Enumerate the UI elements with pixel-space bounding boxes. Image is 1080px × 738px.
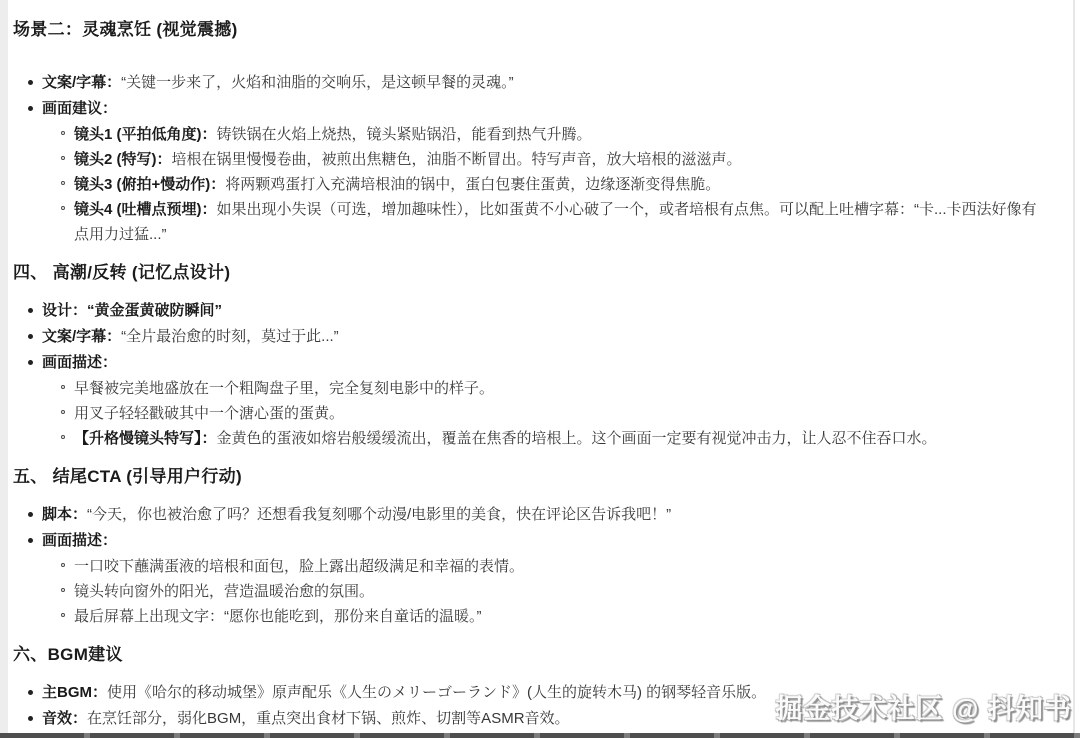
- sub-bullet-label: 镜头3 (俯拍+慢动作)：: [74, 176, 225, 193]
- bullet-body: 在烹饪部分，弱化BGM，重点突出食材下锅、煎炸、切割等ASMR音效。: [87, 710, 570, 727]
- sub-bullet-body: 培根在锅里慢慢卷曲，被煎出焦糖色，油脂不断冒出。特写声音，放大培根的滋滋声。: [172, 151, 742, 168]
- bullet-item: 文案/字幕：“全片最治愈的时刻，莫过于此...”: [0, 324, 1080, 350]
- disc-bullet-icon: [28, 360, 33, 365]
- section-cta: 五、 结尾CTA (引导用户行动) 脚本：“今天，你也被治愈了吗？还想看我复刻哪…: [0, 466, 1080, 629]
- sub-bullet-item: 镜头3 (俯拍+慢动作)：将两颗鸡蛋打入充满培根油的锅中，蛋白包裹住蛋黄，边缘逐…: [0, 172, 1080, 197]
- bullet-label: 文案/字幕：: [42, 328, 121, 345]
- sub-bullet-item: 镜头4 (吐槽点预埋)：如果出现小失误（可选，增加趣味性），比如蛋黄不小心破了一…: [0, 197, 1080, 247]
- sub-bullet-label: 镜头2 (特写)：: [74, 151, 172, 168]
- sub-bullet-text: 最后屏幕上出现文字：“愿你也能吃到，那份来自童话的温暖。”: [74, 604, 1042, 629]
- bullet-text: 设计：“黄金蛋黄破防瞬间”: [42, 298, 1042, 324]
- bullet-item: 画面描述：: [0, 528, 1080, 554]
- circle-bullet-icon: [61, 410, 65, 414]
- disc-bullet-icon: [28, 106, 33, 111]
- bullet-label: 音效：: [42, 710, 87, 727]
- sub-bullet-item: 【升格慢镜头特写】：金黄色的蛋液如熔岩般缓缓流出，覆盖在焦香的培根上。这个画面一…: [0, 426, 1080, 451]
- sub-bullet-body: 一口咬下蘸满蛋液的培根和面包，脸上露出超级满足和幸福的表情。: [74, 558, 524, 575]
- document-page: 场景二：灵魂烹饪 (视觉震撼) 文案/字幕：“关键一步来了，火焰和油脂的交响乐，…: [0, 0, 1080, 738]
- bullet-text: 画面描述：: [42, 350, 1042, 376]
- sub-bullet-text: 镜头2 (特写)：培根在锅里慢慢卷曲，被煎出焦糖色，油脂不断冒出。特写声音，放大…: [74, 147, 1042, 172]
- bullet-label: 主BGM：: [42, 684, 107, 701]
- circle-bullet-icon: [61, 156, 65, 160]
- circle-bullet-icon: [61, 206, 65, 210]
- sub-bullet-item: 最后屏幕上出现文字：“愿你也能吃到，那份来自童话的温暖。”: [0, 604, 1080, 629]
- sub-bullet-label: 镜头1 (平拍低角度)：: [74, 126, 217, 143]
- sub-bullet-text: 用叉子轻轻戳破其中一个溏心蛋的蛋黄。: [74, 401, 1042, 426]
- bullet-label: 画面建议：: [42, 100, 117, 117]
- bullet-label: 文案/字幕：: [42, 74, 121, 91]
- bullet-body: 使用《哈尔的移动城堡》原声配乐《人生のメリーゴーランド》(人生的旋转木马) 的钢…: [107, 684, 766, 701]
- circle-bullet-icon: [61, 588, 65, 592]
- document-content: 场景二：灵魂烹饪 (视觉震撼) 文案/字幕：“关键一步来了，火焰和油脂的交响乐，…: [0, 0, 1080, 732]
- bullet-body: “关键一步来了，火焰和油脂的交响乐，是这顿早餐的灵魂。”: [121, 74, 514, 91]
- sub-bullet-text: 镜头4 (吐槽点预埋)：如果出现小失误（可选，增加趣味性），比如蛋黄不小心破了一…: [74, 197, 1042, 247]
- sub-bullet-item: 镜头转向窗外的阳光，营造温暖治愈的氛围。: [0, 579, 1080, 604]
- sub-bullet-label: 镜头4 (吐槽点预埋)：: [74, 201, 217, 218]
- sub-bullet-body: 铸铁锅在火焰上烧热，镜头紧贴锅沿，能看到热气升腾。: [217, 126, 592, 143]
- sub-bullet-body: 最后屏幕上出现文字：“愿你也能吃到，那份来自童话的温暖。”: [74, 608, 482, 625]
- sub-bullet-body: 早餐被完美地盛放在一个粗陶盘子里，完全复刻电影中的样子。: [74, 380, 494, 397]
- disc-bullet-icon: [28, 80, 33, 85]
- sub-bullet-body: 将两颗鸡蛋打入充满培根油的锅中，蛋白包裹住蛋黄，边缘逐渐变得焦脆。: [225, 176, 720, 193]
- bullet-item: 脚本：“今天，你也被治愈了吗？还想看我复刻哪个动漫/电影里的美食，快在评论区告诉…: [0, 502, 1080, 528]
- bullet-item: 文案/字幕：“关键一步来了，火焰和油脂的交响乐，是这顿早餐的灵魂。”: [0, 70, 1080, 96]
- sub-bullet-item: 镜头1 (平拍低角度)：铸铁锅在火焰上烧热，镜头紧贴锅沿，能看到热气升腾。: [0, 122, 1080, 147]
- section-heading: 四、 高潮/反转 (记忆点设计): [13, 262, 1066, 284]
- bullet-item: 画面建议：: [0, 96, 1080, 122]
- bullet-text: 画面建议：: [42, 96, 1042, 122]
- bullet-label: 画面描述：: [42, 532, 117, 549]
- bullet-item: 画面描述：: [0, 350, 1080, 376]
- section-climax: 四、 高潮/反转 (记忆点设计) 设计：“黄金蛋黄破防瞬间” 文案/字幕：“全片…: [0, 262, 1080, 451]
- disc-bullet-icon: [28, 512, 33, 517]
- circle-bullet-icon: [61, 435, 65, 439]
- bullet-text: 文案/字幕：“关键一步来了，火焰和油脂的交响乐，是这顿早餐的灵魂。”: [42, 70, 1042, 96]
- sub-bullet-body: 金黄色的蛋液如熔岩般缓缓流出，覆盖在焦香的培根上。这个画面一定要有视觉冲击力，让…: [217, 430, 937, 447]
- disc-bullet-icon: [28, 308, 33, 313]
- sub-bullet-body: 用叉子轻轻戳破其中一个溏心蛋的蛋黄。: [74, 405, 344, 422]
- sub-bullet-text: 镜头1 (平拍低角度)：铸铁锅在火焰上烧热，镜头紧贴锅沿，能看到热气升腾。: [74, 122, 1042, 147]
- bullet-label: 画面描述：: [42, 354, 117, 371]
- sub-bullet-item: 一口咬下蘸满蛋液的培根和面包，脸上露出超级满足和幸福的表情。: [0, 554, 1080, 579]
- bullet-text: 脚本：“今天，你也被治愈了吗？还想看我复刻哪个动漫/电影里的美食，快在评论区告诉…: [42, 502, 1042, 528]
- circle-bullet-icon: [61, 613, 65, 617]
- section-heading: 场景二：灵魂烹饪 (视觉震撼): [13, 19, 1066, 41]
- bullet-label: 设计：“黄金蛋黄破防瞬间”: [42, 302, 222, 319]
- bullet-body: “全片最治愈的时刻，莫过于此...”: [121, 328, 339, 345]
- sub-bullet-label: 【升格慢镜头特写】：: [74, 430, 217, 447]
- sub-bullet-text: 早餐被完美地盛放在一个粗陶盘子里，完全复刻电影中的样子。: [74, 376, 1042, 401]
- sub-bullet-body: 如果出现小失误（可选，增加趣味性），比如蛋黄不小心破了一个，或者培根有点焦。可以…: [74, 201, 1037, 243]
- disc-bullet-icon: [28, 334, 33, 339]
- sub-bullet-body: 镜头转向窗外的阳光，营造温暖治愈的氛围。: [74, 583, 374, 600]
- sub-bullet-item: 用叉子轻轻戳破其中一个溏心蛋的蛋黄。: [0, 401, 1080, 426]
- section-scene2: 场景二：灵魂烹饪 (视觉震撼) 文案/字幕：“关键一步来了，火焰和油脂的交响乐，…: [0, 19, 1080, 247]
- watermark: 掘金技术社区 @ 抖知书: [776, 687, 1072, 726]
- bullet-text: 画面描述：: [42, 528, 1042, 554]
- bullet-body: “今天，你也被治愈了吗？还想看我复刻哪个动漫/电影里的美食，快在评论区告诉我吧！…: [87, 506, 671, 523]
- bullet-item: 设计：“黄金蛋黄破防瞬间”: [0, 298, 1080, 324]
- sub-bullet-text: 镜头3 (俯拍+慢动作)：将两颗鸡蛋打入充满培根油的锅中，蛋白包裹住蛋黄，边缘逐…: [74, 172, 1042, 197]
- section-heading: 六、BGM建议: [13, 644, 1066, 666]
- sub-bullet-item: 镜头2 (特写)：培根在锅里慢慢卷曲，被煎出焦糖色，油脂不断冒出。特写声音，放大…: [0, 147, 1080, 172]
- circle-bullet-icon: [61, 131, 65, 135]
- circle-bullet-icon: [61, 181, 65, 185]
- disc-bullet-icon: [28, 690, 33, 695]
- bullet-label: 脚本：: [42, 506, 87, 523]
- sub-bullet-text: 【升格慢镜头特写】：金黄色的蛋液如熔岩般缓缓流出，覆盖在焦香的培根上。这个画面一…: [74, 426, 1042, 451]
- bullet-text: 文案/字幕：“全片最治愈的时刻，莫过于此...”: [42, 324, 1042, 350]
- circle-bullet-icon: [61, 385, 65, 389]
- section-heading: 五、 结尾CTA (引导用户行动): [13, 466, 1066, 488]
- bottom-edge-strip: [0, 733, 1080, 738]
- disc-bullet-icon: [28, 538, 33, 543]
- sub-bullet-text: 镜头转向窗外的阳光，营造温暖治愈的氛围。: [74, 579, 1042, 604]
- circle-bullet-icon: [61, 563, 65, 567]
- sub-bullet-text: 一口咬下蘸满蛋液的培根和面包，脸上露出超级满足和幸福的表情。: [74, 554, 1042, 579]
- sub-bullet-item: 早餐被完美地盛放在一个粗陶盘子里，完全复刻电影中的样子。: [0, 376, 1080, 401]
- disc-bullet-icon: [28, 716, 33, 721]
